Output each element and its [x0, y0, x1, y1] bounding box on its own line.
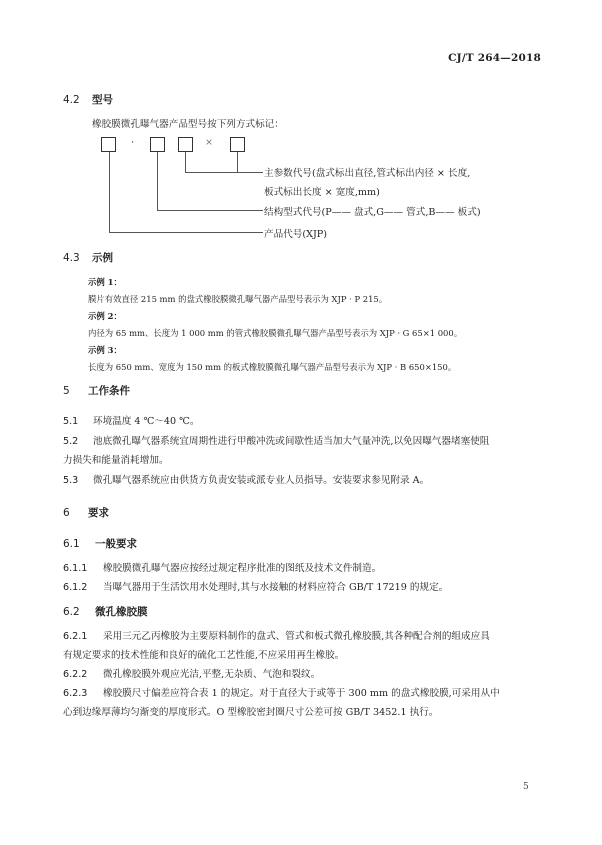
clause-number: 6.1.1	[63, 563, 103, 574]
code-box-structure	[150, 137, 165, 152]
section-title: 要求	[88, 507, 109, 519]
label-main-param-cont: 板式标出长度 × 宽度,mm)	[264, 184, 380, 198]
clause-number: 5.3	[63, 475, 93, 486]
section-number: 6	[63, 507, 88, 519]
section-6-heading: 6要求	[63, 505, 109, 520]
clause-6-1-1: 6.1.1橡胶膜微孔曝气器应按经过规定程序批准的图纸及技术文件制造。	[63, 560, 381, 574]
clause-number: 5.1	[63, 416, 93, 427]
section-title: 微孔橡胶膜	[95, 606, 148, 618]
clause-text: 当曝气器用于生活饮用水处理时,其与水接触的材料应符合 GB/T 17219 的规…	[103, 582, 448, 593]
clause-6-1-2: 6.1.2当曝气器用于生活饮用水处理时,其与水接触的材料应符合 GB/T 172…	[63, 579, 448, 593]
clause-text: 采用三元乙丙橡胶为主要原料制作的盘式、管式和板式微孔橡胶膜,其各种配合剂的组成应…	[103, 631, 490, 642]
label-main-param: 主参数代号(盘式标出直径,管式标出内径 × 长度,	[264, 165, 470, 179]
example-3-label: 示例 3：	[88, 344, 122, 356]
clause-number: 5.2	[63, 436, 93, 447]
connector-line	[109, 232, 263, 233]
clause-6-2-2: 6.2.2微孔橡胶膜外观应光洁,平整,无杂质、气泡和裂纹。	[63, 666, 320, 680]
code-box-param-1	[178, 137, 193, 152]
example-3-text: 长度为 650 mm、宽度为 150 mm 的板式橡胶膜微孔曝气器产品型号表示为…	[88, 361, 456, 373]
section-number: 6.2	[63, 606, 95, 618]
section-title: 示例	[92, 252, 113, 264]
clause-number: 6.2.1	[63, 631, 103, 642]
section-6-2-heading: 6.2微孔橡胶膜	[63, 604, 148, 619]
clause-number: 6.2.3	[63, 688, 103, 699]
code-box-param-2	[230, 137, 245, 152]
clause-number: 6.1.2	[63, 582, 103, 593]
section-5-heading: 5工作条件	[63, 383, 130, 398]
section-number: 5	[63, 385, 88, 397]
section-number: 6.1	[63, 538, 95, 550]
connector-line	[185, 172, 263, 173]
section-4-2-heading: 4.2型号	[63, 92, 113, 107]
clause-text: 环境温度 4 ℃～40 ℃。	[93, 416, 200, 427]
label-structure: 结构型式代号(P—— 盘式,G—— 管式,B—— 板式)	[264, 204, 481, 218]
section-4-3-heading: 4.3示例	[63, 250, 113, 265]
clause-text: 橡胶膜尺寸偏差应符合表 1 的规定。对于直径大于或等于 300 mm 的盘式橡胶…	[103, 688, 500, 699]
clause-text: 池底微孔曝气器系统宜周期性进行甲酸冲洗或间歇性适当加大气量冲洗,以免因曝气器堵塞…	[93, 436, 489, 447]
section-title: 一般要求	[95, 538, 137, 550]
code-separator-dot: ·	[131, 137, 134, 148]
example-2-text: 内径为 65 mm、长度为 1 000 mm 的管式橡胶膜微孔曝气器产品型号表示…	[88, 327, 462, 339]
clause-number: 6.2.2	[63, 669, 103, 680]
code-times-sign: ×	[205, 137, 213, 148]
clause-6-2-1-cont: 有规定要求的技术性能和良好的硫化工艺性能,不应采用再生橡胶。	[63, 647, 344, 661]
clause-6-2-3-cont: 心到边缘厚薄均匀渐变的厚度形式。O 型橡胶密封圈尺寸公差可按 GB/T 3452…	[63, 704, 438, 718]
clause-5-3: 5.3微孔曝气器系统应由供货方负责安装或派专业人员指导。安装要求参见附录 A。	[63, 472, 429, 486]
standard-id: CJ/T 264—2018	[448, 52, 541, 64]
example-2-label: 示例 2：	[88, 310, 122, 322]
example-1-label: 示例 1：	[88, 276, 122, 288]
section-6-1-heading: 6.1一般要求	[63, 536, 137, 551]
connector-line	[109, 152, 110, 233]
section-title: 工作条件	[88, 385, 130, 397]
clause-text: 橡胶膜微孔曝气器应按经过规定程序批准的图纸及技术文件制造。	[103, 563, 381, 574]
connector-line	[237, 152, 238, 173]
connector-line	[185, 152, 186, 173]
connector-line	[157, 210, 263, 211]
section-number: 4.3	[63, 252, 92, 264]
clause-6-2-1: 6.2.1采用三元乙丙橡胶为主要原料制作的盘式、管式和板式微孔橡胶膜,其各种配合…	[63, 628, 490, 642]
clause-5-2-cont: 力损失和能量消耗增加。	[63, 452, 169, 466]
example-1-text: 膜片有效直径 215 mm 的盘式橡胶膜微孔曝气器产品型号表示为 XJP · P…	[88, 293, 387, 305]
page-number: 5	[523, 782, 529, 792]
clause-text: 微孔橡胶膜外观应光洁,平整,无杂质、气泡和裂纹。	[103, 669, 320, 680]
clause-6-2-3: 6.2.3橡胶膜尺寸偏差应符合表 1 的规定。对于直径大于或等于 300 mm …	[63, 685, 500, 699]
clause-5-1: 5.1环境温度 4 ℃～40 ℃。	[63, 413, 200, 427]
clause-5-2: 5.2池底微孔曝气器系统宜周期性进行甲酸冲洗或间歇性适当加大气量冲洗,以免因曝气…	[63, 433, 489, 447]
code-box-product	[101, 137, 116, 152]
label-product: 产品代号(XJP)	[264, 226, 327, 240]
section-4-2-intro: 橡胶膜微孔曝气器产品型号按下列方式标记：	[92, 116, 284, 130]
section-title: 型号	[92, 94, 113, 106]
clause-text: 微孔曝气器系统应由供货方负责安装或派专业人员指导。安装要求参见附录 A。	[93, 475, 429, 486]
connector-line	[157, 152, 158, 211]
section-number: 4.2	[63, 94, 92, 106]
